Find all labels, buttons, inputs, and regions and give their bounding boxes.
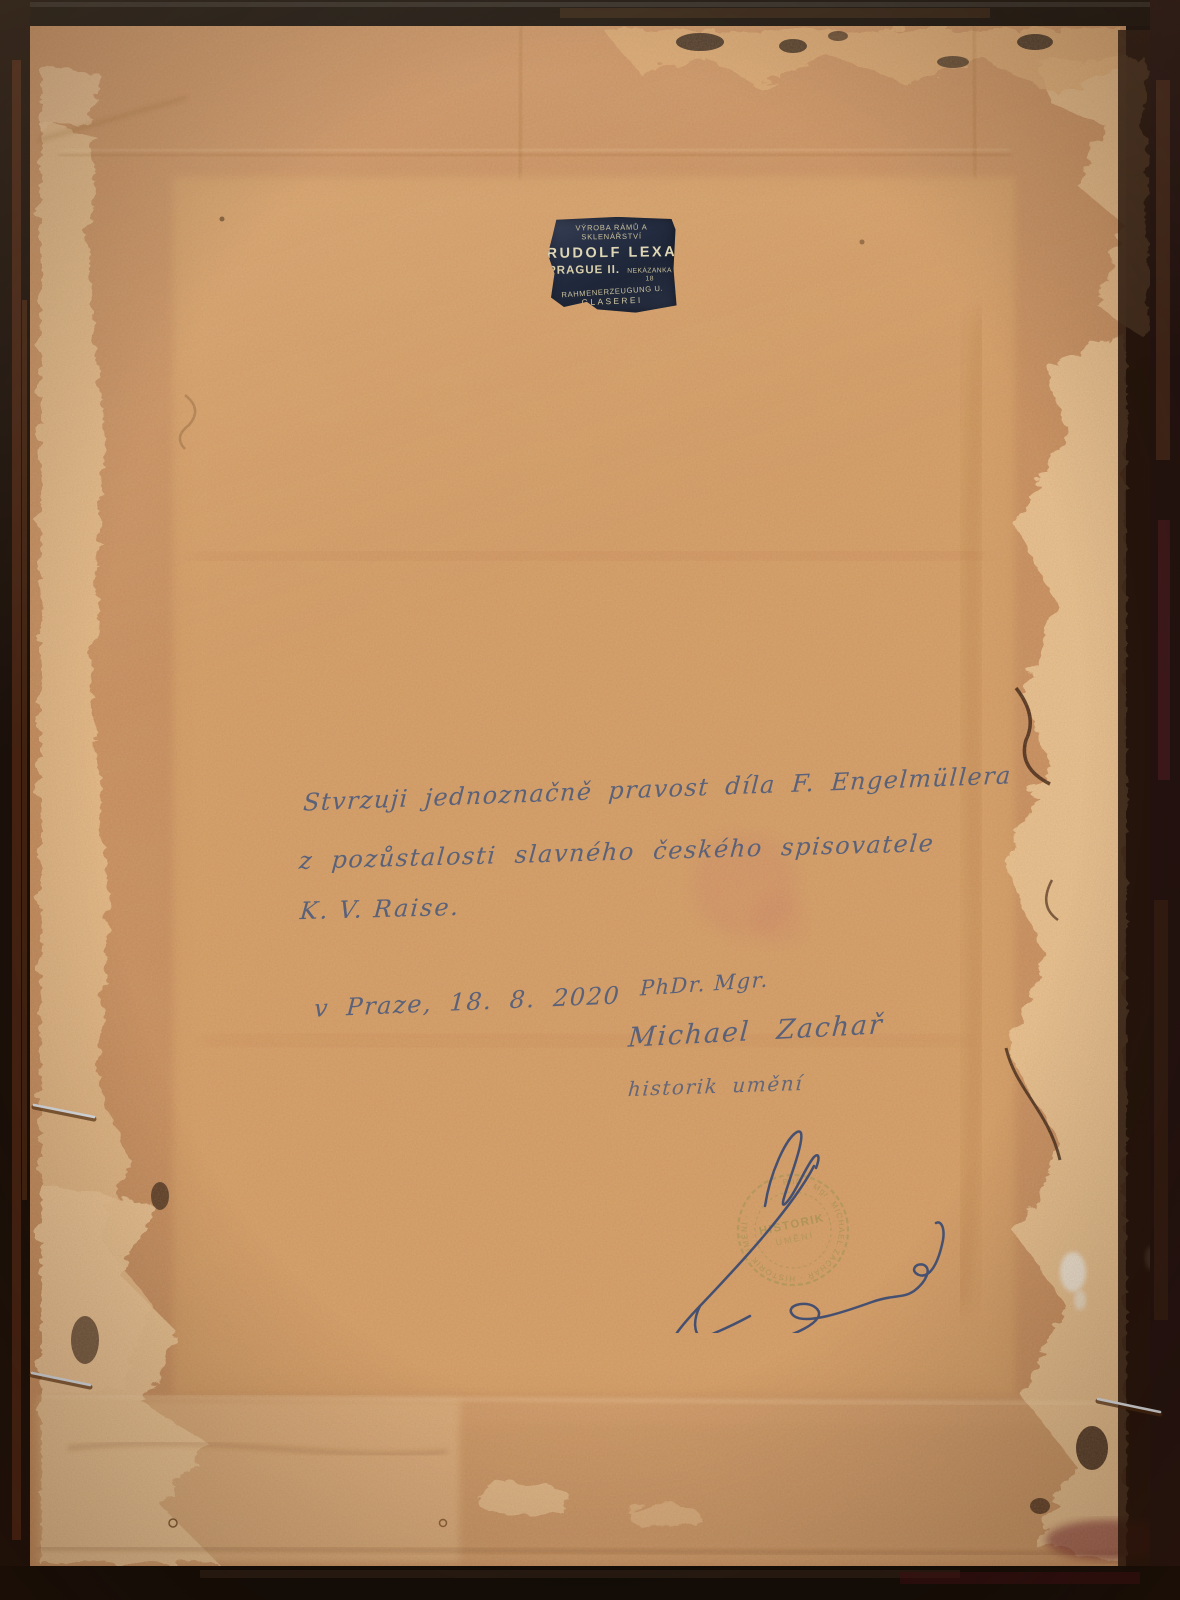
photo-back-of-frame: VÝROBA RÁMŮ A SKLENÁŘSTVÍ RUDOLF LEXA PR… bbox=[0, 0, 1180, 1600]
label-framer-name: RUDOLF LEXA bbox=[546, 243, 677, 263]
label-address: PRAGUE II. NEKÁZANKA 18 bbox=[548, 262, 676, 286]
label-line-2: SKLENÁŘSTVÍ bbox=[581, 232, 642, 242]
framer-label: VÝROBA RÁMŮ A SKLENÁŘSTVÍ RUDOLF LEXA PR… bbox=[547, 216, 676, 314]
label-city: PRAGUE II. bbox=[548, 263, 620, 278]
inscription-line-3: K. V. Raise. bbox=[299, 893, 461, 925]
signature-flourish bbox=[648, 1118, 958, 1333]
label-street: NEKÁZANKA 18 bbox=[623, 267, 676, 285]
